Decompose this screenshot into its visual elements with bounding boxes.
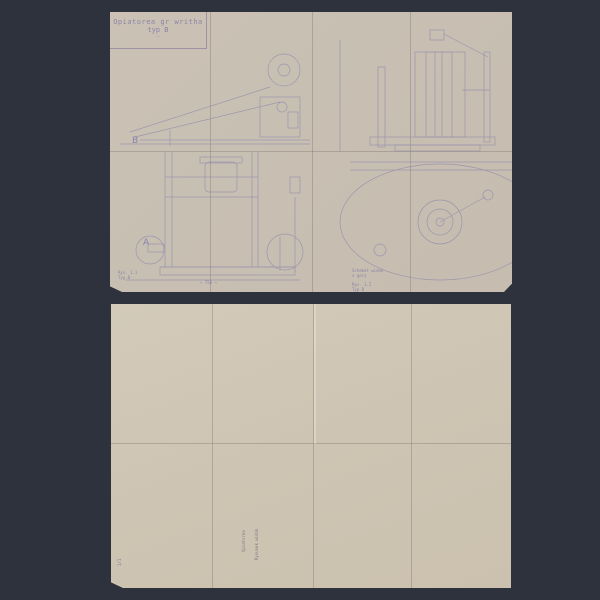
fold-line (411, 304, 412, 588)
label-line: Typ B (352, 287, 371, 292)
section-marker-b: B (132, 136, 138, 146)
drawing-sheet-back: Opiatorea Rysunek widok 1/1 (111, 304, 511, 588)
dimension-note: ← 750 → (200, 280, 217, 285)
technical-drawing (110, 12, 512, 292)
sheet-label-left: Rys. 1.1 Typ B (118, 270, 137, 280)
sheet-label-right: Rys. 1.2 Typ B (352, 282, 371, 292)
fold-line (111, 443, 511, 444)
label-line: Typ B (118, 275, 137, 280)
corner-note: 1/1 (117, 559, 122, 566)
section-marker-a: A (143, 238, 149, 248)
drawing-sheet-front: Opiatorea gr writha typ B —— (110, 12, 512, 292)
fold-line (212, 304, 213, 588)
handwritten-note: Opiatorea (241, 530, 246, 552)
handwritten-note: Rysunek widok (254, 529, 259, 560)
caption-line: z gory (352, 273, 383, 278)
view-caption: Schemat widok z gory (352, 268, 383, 278)
fold-highlight (314, 304, 316, 444)
